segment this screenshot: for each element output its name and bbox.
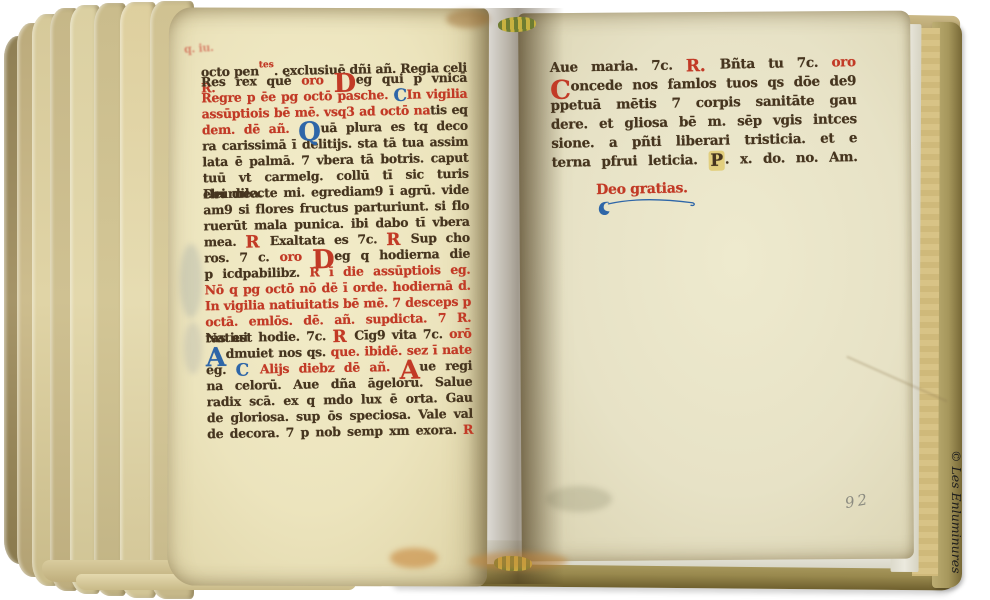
text-segment: tes <box>259 60 274 70</box>
colophon-text: Deo gratias. <box>596 179 688 199</box>
text-segment: p icdpabilibz. <box>204 264 309 281</box>
text-segment: dmuiet nos qs. <box>226 344 331 361</box>
text-segment: oro <box>831 54 856 70</box>
text-segment: Q <box>298 117 321 147</box>
text-segment: eg q hodierna die <box>334 246 470 263</box>
right-text-block: Aue maria. 7c. R. Bñta tu 7c. oroConcede… <box>550 53 859 202</box>
ink-smudge <box>184 322 202 374</box>
text-segment: uā plura es tq deco <box>320 118 468 136</box>
text-segment: . x. do. no. Am. <box>725 149 858 168</box>
text-segment: Res rex quē <box>201 73 301 90</box>
ink-smudge <box>180 244 202 318</box>
stain <box>468 552 568 570</box>
stain <box>446 10 490 28</box>
text-segment: mea. <box>204 234 246 250</box>
text-segment: Cīg9 vita 7c. <box>354 326 449 343</box>
manuscript-photo: q. iu. octo pentes. exclusiuē dñi añ. Re… <box>0 0 990 600</box>
text-segment: tis eq <box>430 102 468 118</box>
text-segment: orō <box>449 326 472 341</box>
text-segment: Bñta tu 7c. <box>720 55 832 73</box>
photo-credit: © Les Enluminures <box>949 450 964 596</box>
text-segment: ros. 7 c. <box>204 249 280 265</box>
text-segment: de decora. 7 p nob semp xm exora. <box>207 422 463 441</box>
text-segment: C <box>550 76 571 106</box>
text-segment: Aue maria. 7c. <box>550 57 686 76</box>
text-segment: Sup cho <box>411 230 470 246</box>
text-segment: oro <box>279 248 312 264</box>
text-segment: ue regi <box>419 358 472 374</box>
text-segment: Alijs diebz dē añ. <box>260 359 400 376</box>
text-segment: dem. dē añ. <box>202 121 299 138</box>
stain <box>390 548 438 568</box>
text-segment: terna pfrui leticia. <box>551 152 708 171</box>
text-segment: P <box>708 151 725 171</box>
marginal-note: q. iu. <box>184 41 214 56</box>
stain <box>546 486 612 512</box>
text-segment: A <box>399 356 419 386</box>
text-segment: D <box>333 69 356 99</box>
text-segment: D <box>312 245 335 275</box>
text-segment: In vigilia <box>407 86 468 102</box>
text-segment: A <box>206 343 226 373</box>
text-segment: eg qui p vnicā <box>356 70 468 87</box>
text-segment: R. <box>686 56 720 77</box>
text-segment: R <box>463 422 473 437</box>
text-segment: oro <box>301 72 334 88</box>
left-text-block: octo pentes. exclusiuē dñi añ. Regia cel… <box>201 54 474 443</box>
